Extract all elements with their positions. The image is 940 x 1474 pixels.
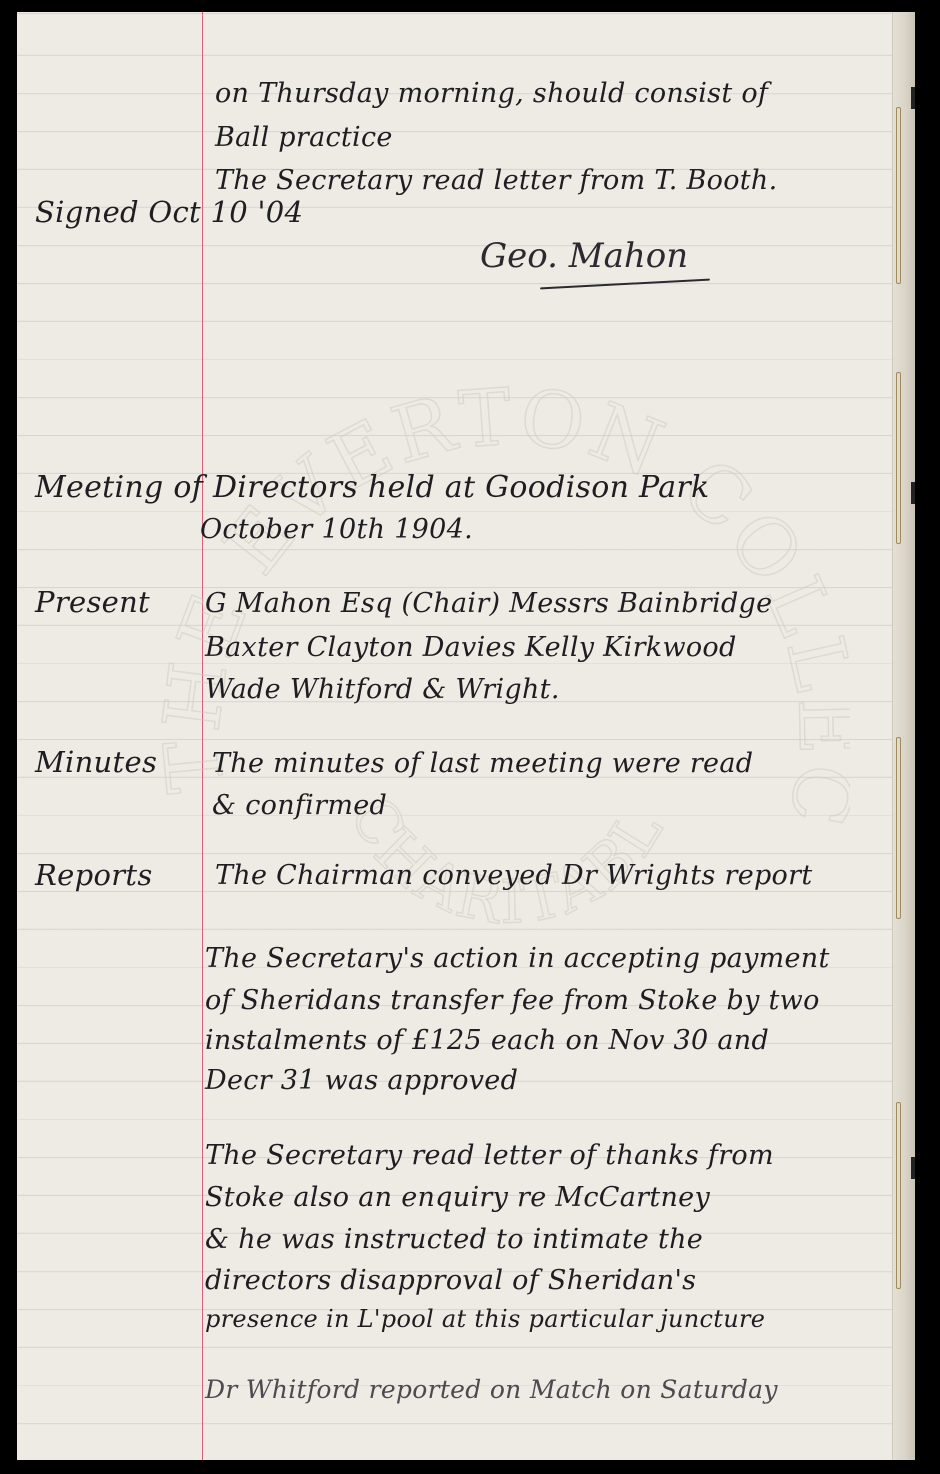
paragraph-line: The Secretary read letter of thanks from [205, 1140, 774, 1171]
book-binding-edge [892, 12, 915, 1460]
entry-label-reports: Reports [35, 858, 153, 892]
entry-label-present: Present [35, 585, 150, 619]
present-line: Baxter Clayton Davies Kelly Kirkwood [205, 632, 737, 663]
binding-stitch [896, 737, 901, 919]
paragraph-line: Dr Whitford reported on Match on Saturda… [205, 1375, 778, 1404]
meeting-date: October 10th 1904. [200, 514, 473, 545]
continuation-line: on Thursday morning, should consist of [215, 78, 768, 109]
present-line: G Mahon Esq (Chair) Messrs Bainbridge [205, 588, 772, 619]
red-margin-line [202, 12, 203, 1460]
paragraph-line: The Secretary's action in accepting paym… [205, 943, 830, 974]
meeting-heading: Meeting of Directors held at Goodison Pa… [35, 470, 710, 505]
chairman-signature: Geo. Mahon [480, 236, 688, 276]
page-edge-mark [911, 482, 915, 504]
paragraph-line: presence in L'pool at this particular ju… [205, 1305, 765, 1333]
continuation-line: The Secretary read letter from T. Booth. [215, 165, 777, 196]
paragraph-line: directors disapproval of Sheridan's [205, 1265, 696, 1296]
paragraph-line: & he was instructed to intimate the [205, 1224, 703, 1255]
continuation-line: Ball practice [215, 122, 393, 153]
page-edge-mark [911, 1157, 915, 1179]
binding-stitch [896, 372, 901, 544]
page-edge-mark [911, 87, 915, 109]
present-line: Wade Whitford & Wright. [205, 674, 560, 705]
paragraph-line: Stoke also an enquiry re McCartney [205, 1182, 710, 1213]
entry-label-minutes: Minutes [35, 745, 157, 779]
paragraph-line: of Sheridans transfer fee from Stoke by … [205, 985, 820, 1016]
paragraph-line: Decr 31 was approved [205, 1065, 518, 1096]
signed-date-label: Signed Oct 10 '04 [35, 195, 303, 229]
minutes-line: & confirmed [212, 790, 387, 821]
minutes-line: The minutes of last meeting were read [212, 748, 753, 779]
paragraph-line: instalments of £125 each on Nov 30 and [205, 1025, 769, 1056]
binding-stitch [896, 107, 901, 284]
reports-line: The Chairman conveyed Dr Wrights report [215, 860, 812, 891]
binding-stitch [896, 1102, 901, 1289]
